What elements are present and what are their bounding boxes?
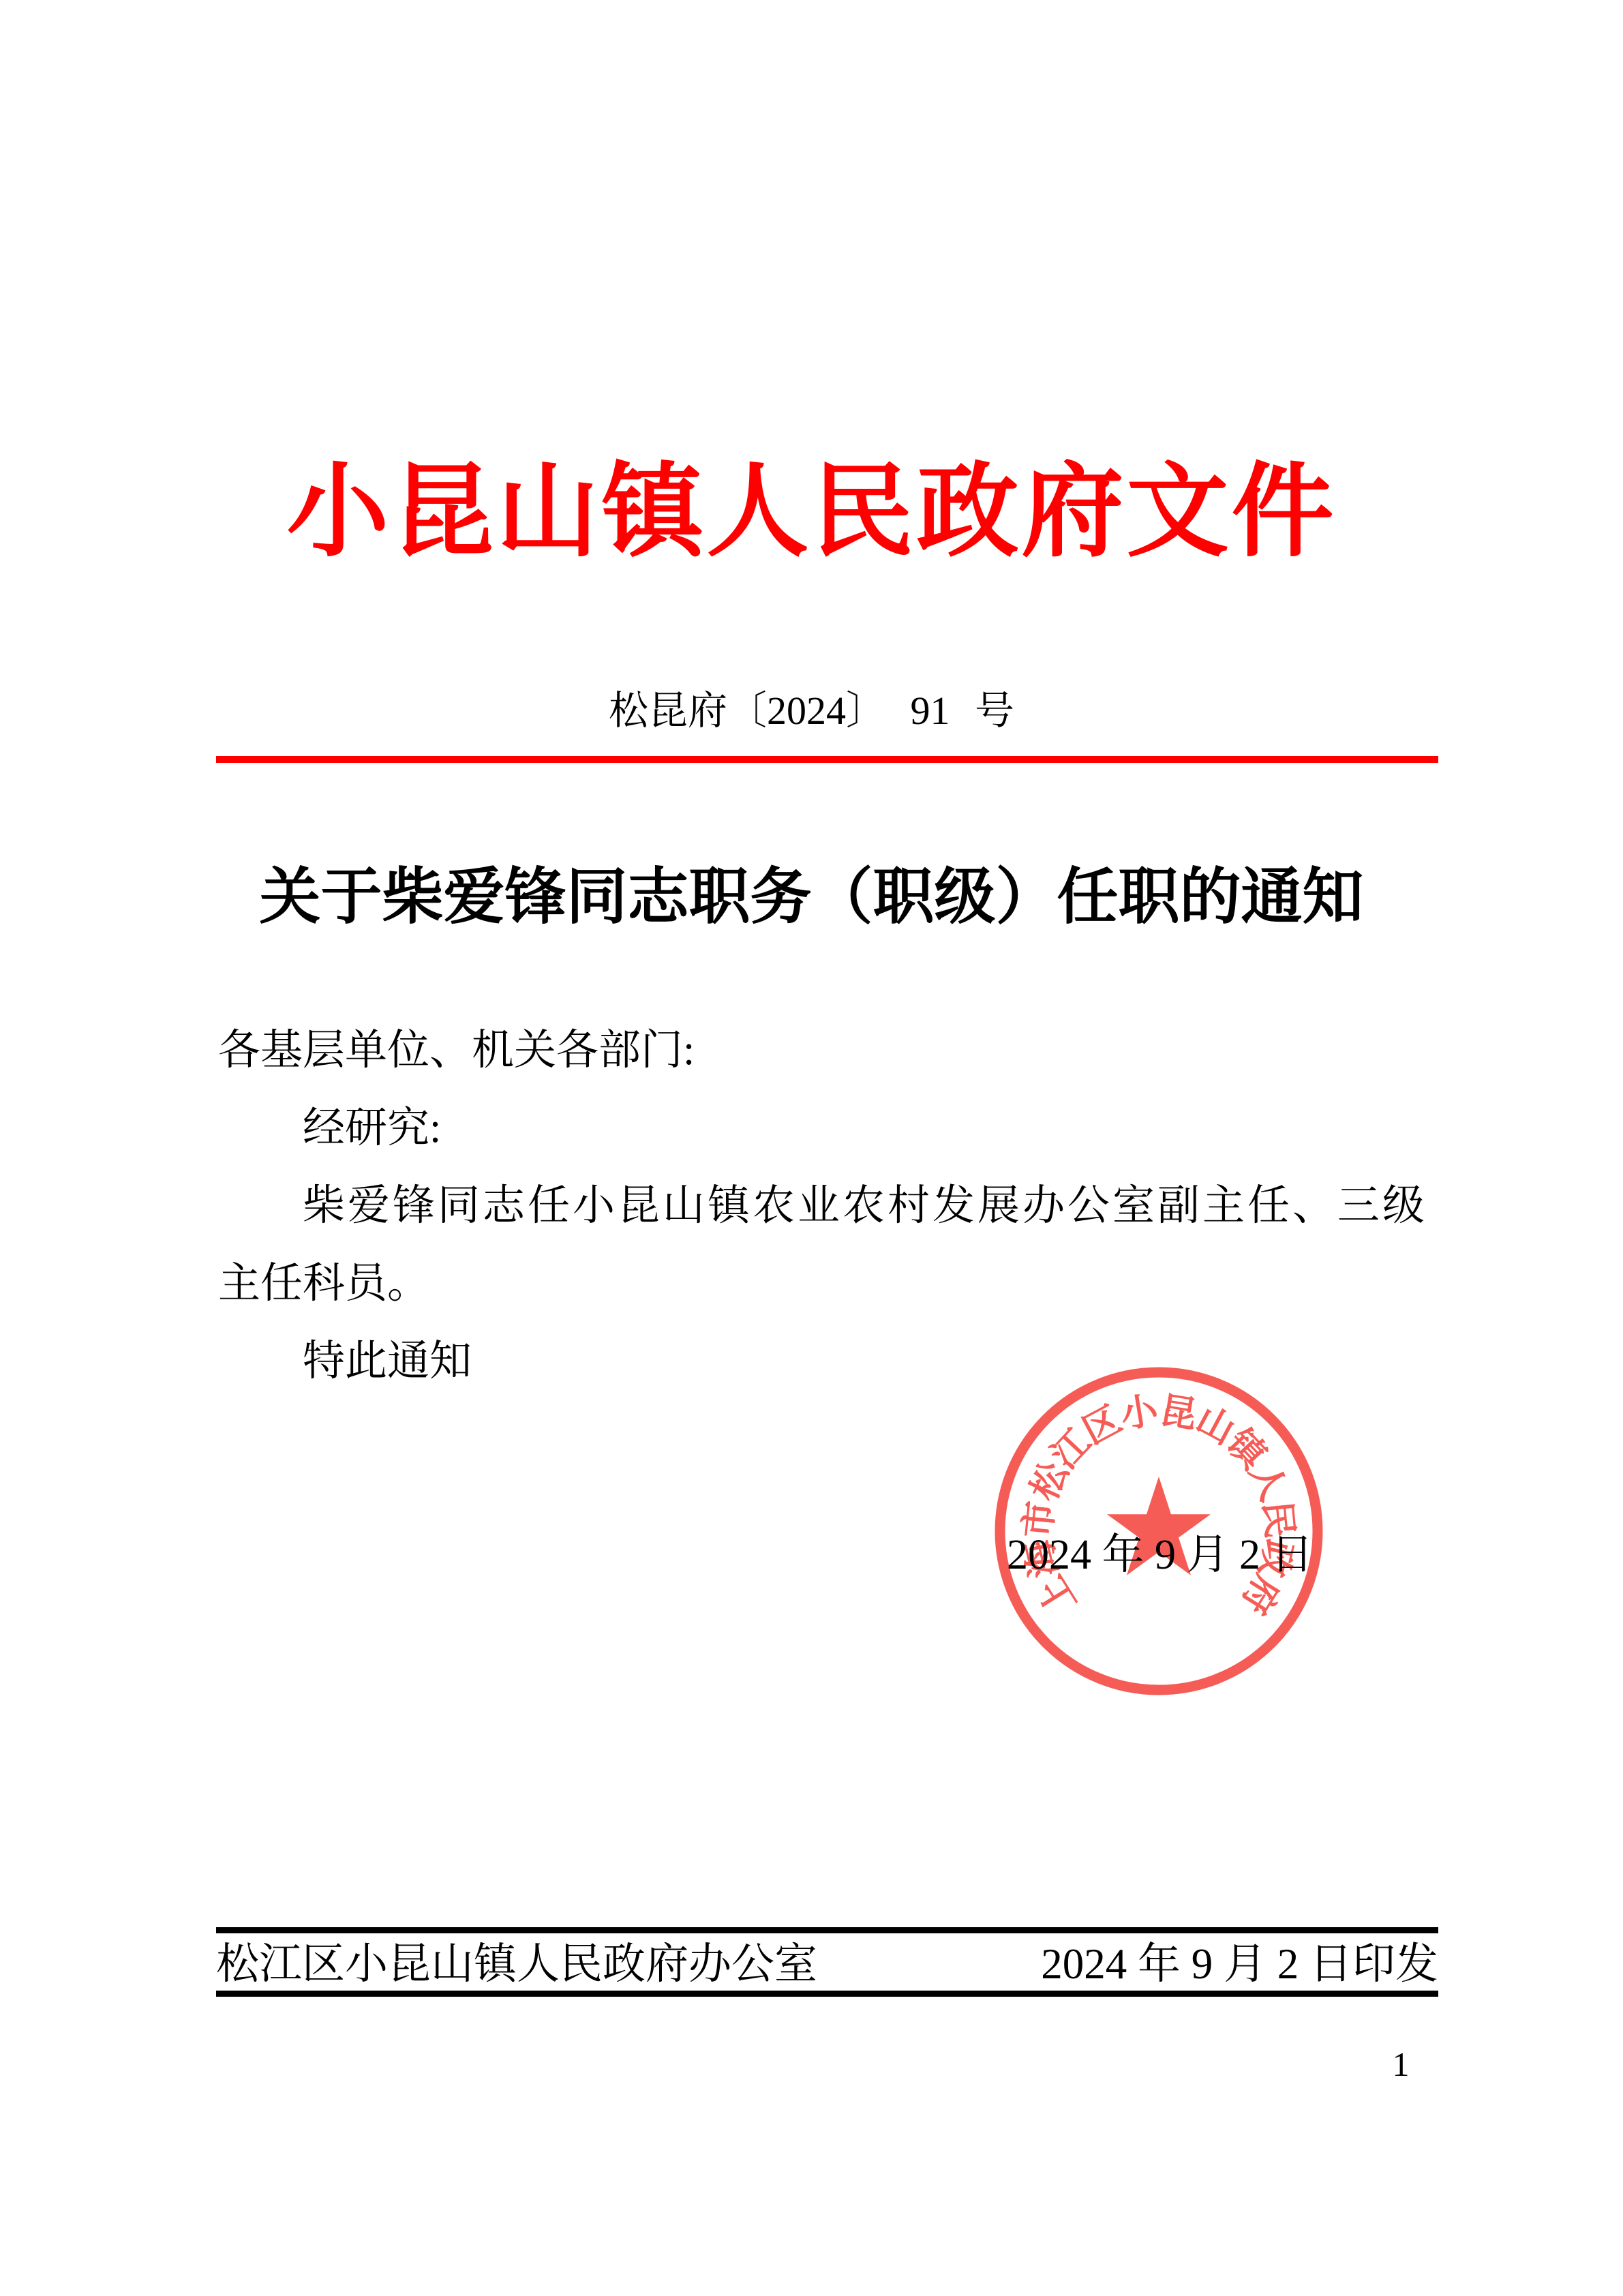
seal-char: 小 (1118, 1389, 1162, 1436)
notice-subject-title: 关于柴爱锋同志职务（职级）任职的通知 (0, 860, 1623, 935)
body-research-line: 经研究: (218, 1089, 1440, 1167)
body-appointment-line1: 柴爱锋同志任小昆山镇农业农村发展办公室副主任、三级 (218, 1167, 1440, 1245)
body-appointment-line2: 主任科员。 (218, 1245, 1440, 1323)
official-document-page: 小昆山镇人民政府文件 松昆府〔2024〕 91 号 关于柴爱锋同志职务（职级）任… (0, 0, 1623, 2296)
document-reference-number: 松昆府〔2024〕 91 号 (0, 687, 1623, 735)
footer-bottom-rule (216, 1991, 1438, 1997)
body-salutation: 各基层单位、机关各部门: (218, 1012, 1440, 1089)
page-number: 1 (1374, 2045, 1428, 2083)
footer-row: 松江区小昆山镇人民政府办公室 2024 年 9 月 2 日印发 (216, 1940, 1438, 1988)
footer-print-date: 2024 年 9 月 2 日印发 (1041, 1940, 1438, 1988)
footer-issuing-office: 松江区小昆山镇人民政府办公室 (216, 1940, 817, 1988)
document-header-title: 小昆山镇人民政府文件 (0, 458, 1623, 567)
notice-body: 各基层单位、机关各部门: 经研究: 柴爱锋同志任小昆山镇农业农村发展办公室副主任… (218, 1012, 1440, 1400)
red-header-rule (216, 756, 1438, 763)
official-seal: 上 海 市 松 江 区 小 昆 山 镇 人 民 政 府 (994, 1366, 1324, 1696)
issue-date: 2024 年 9 月 2 日 (1007, 1534, 1314, 1576)
footer-top-rule (216, 1927, 1438, 1933)
